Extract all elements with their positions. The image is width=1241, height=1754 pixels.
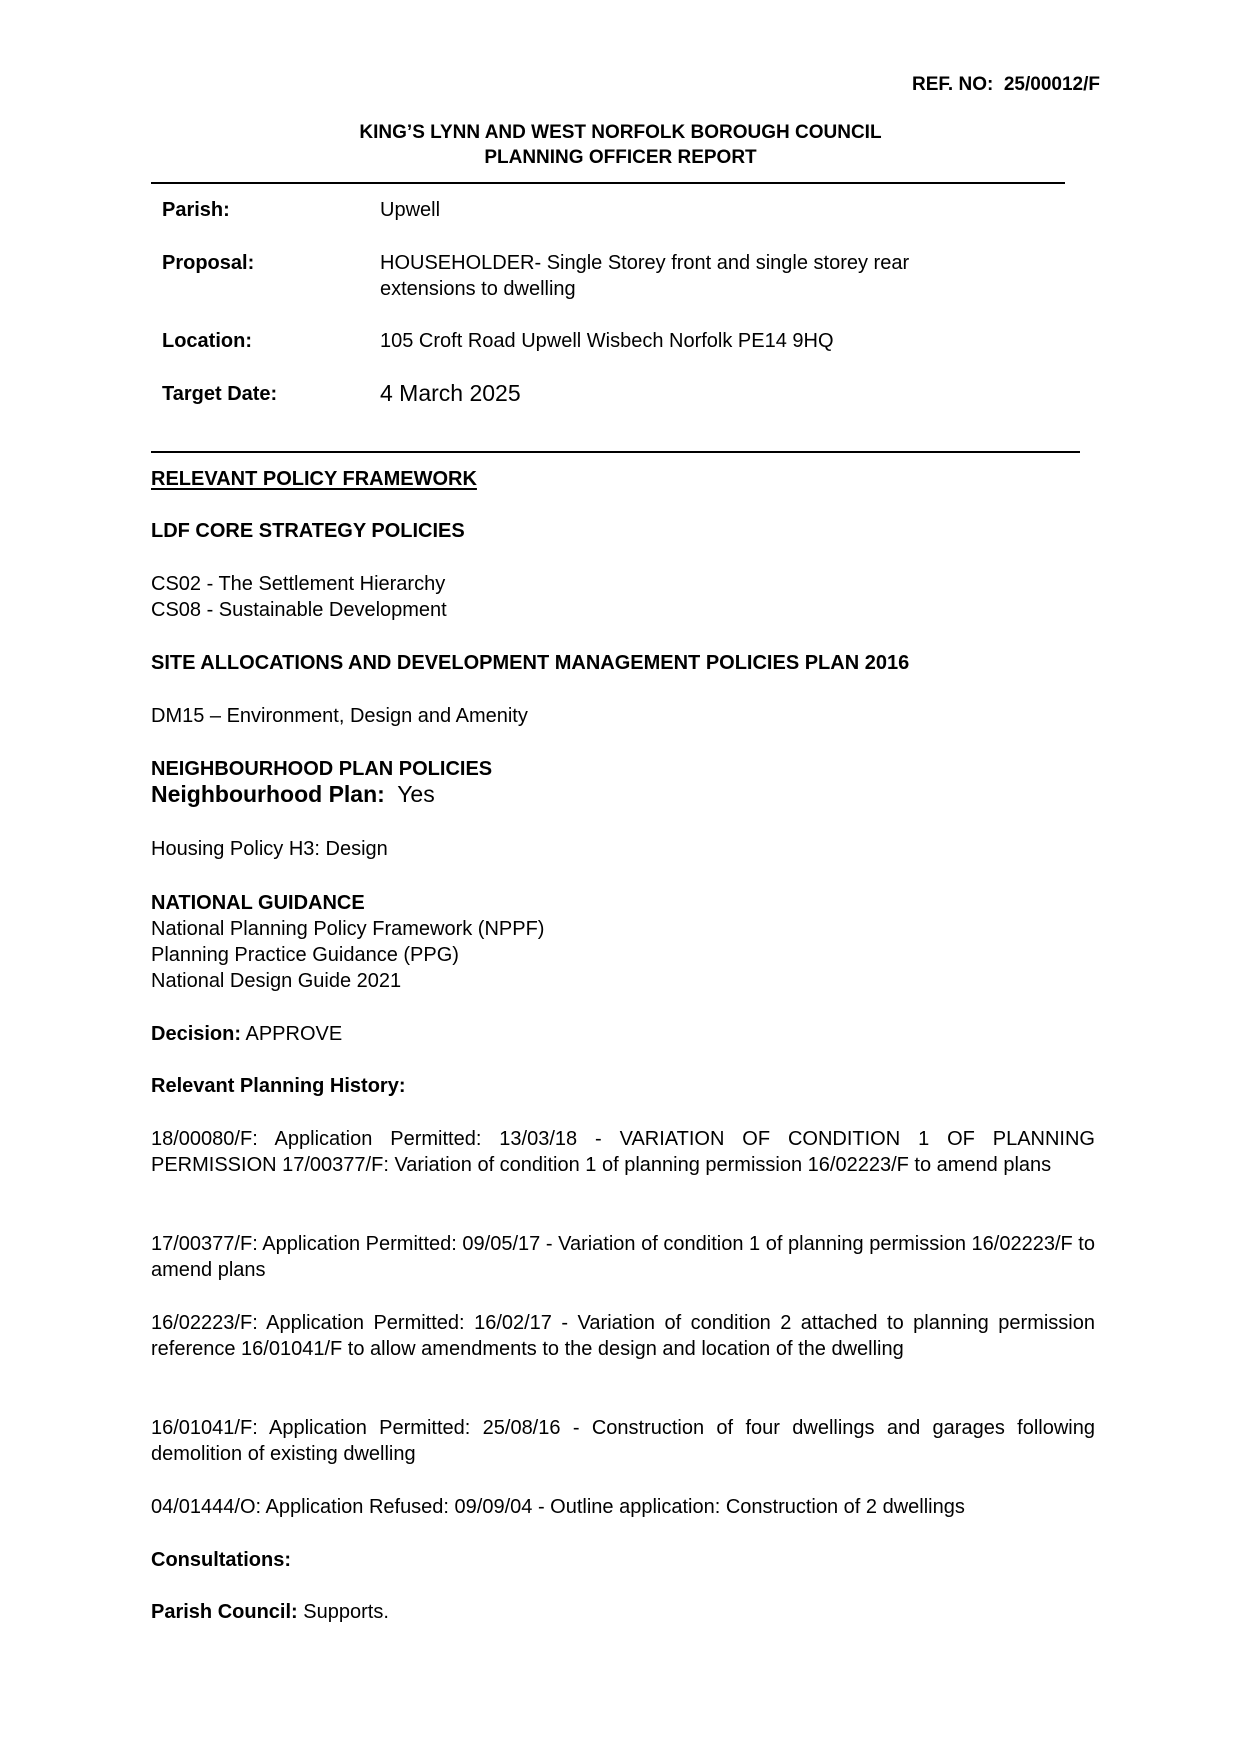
history-item: 16/01041/F: Application Permitted: 25/08…: [151, 1415, 1095, 1467]
report-header: KING’S LYNN AND WEST NORFOLK BOROUGH COU…: [0, 120, 1241, 170]
site-allocations-heading: SITE ALLOCATIONS AND DEVELOPMENT MANAGEM…: [151, 650, 1095, 676]
field-label: Proposal:: [162, 250, 372, 276]
history-item: 18/00080/F: Application Permitted: 13/03…: [151, 1126, 1095, 1178]
policy-framework-heading: RELEVANT POLICY FRAMEWORK: [151, 466, 1095, 492]
ref-label: REF. NO:: [912, 74, 993, 95]
policy-item: National Design Guide 2021: [151, 968, 1095, 994]
ref-value: 25/00012/F: [1004, 74, 1100, 95]
ldf-heading: LDF CORE STRATEGY POLICIES: [151, 518, 1095, 544]
field-value: Upwell: [380, 197, 440, 223]
nbhd-plan-value: Yes: [397, 781, 435, 807]
consultations-heading: Consultations:: [151, 1547, 1095, 1573]
header-divider: [151, 182, 1065, 184]
policy-item: CS02 - The Settlement Hierarchy: [151, 571, 1095, 597]
policy-item: DM15 – Environment, Design and Amenity: [151, 703, 1095, 729]
decision: Decision: APPROVE: [151, 1021, 1095, 1047]
field-value: HOUSEHOLDER- Single Storey front and sin…: [380, 250, 909, 302]
parish-council-label: Parish Council:: [151, 1601, 298, 1623]
report-title: PLANNING OFFICER REPORT: [0, 145, 1241, 170]
neighbourhood-plan-status: Neighbourhood Plan: Yes: [151, 781, 1095, 807]
nbhd-plan-label: Neighbourhood Plan:: [151, 781, 385, 807]
policy-item: Housing Policy H3: Design: [151, 836, 1095, 862]
parish-council-value: Supports.: [303, 1601, 389, 1623]
proposal-line-1: HOUSEHOLDER- Single Storey front and sin…: [380, 252, 909, 274]
history-item: 04/01444/O: Application Refused: 09/09/0…: [151, 1494, 1095, 1520]
section-divider: [151, 451, 1080, 453]
parish-council-consultation: Parish Council: Supports.: [151, 1599, 1095, 1625]
policy-item: Planning Practice Guidance (PPG): [151, 942, 1095, 968]
policy-item: CS08 - Sustainable Development: [151, 597, 1095, 623]
reference-number: REF. NO: 25/00012/F: [912, 74, 1100, 96]
neighbourhood-heading: NEIGHBOURHOOD PLAN POLICIES: [151, 756, 1095, 782]
history-item: 17/00377/F: Application Permitted: 09/05…: [151, 1231, 1095, 1283]
decision-label: Decision:: [151, 1023, 241, 1045]
history-item: 16/02223/F: Application Permitted: 16/02…: [151, 1310, 1095, 1362]
field-label: Parish:: [162, 197, 372, 223]
planning-history-heading: Relevant Planning History:: [151, 1073, 1095, 1099]
field-value: 105 Croft Road Upwell Wisbech Norfolk PE…: [380, 328, 834, 354]
proposal-line-2: extensions to dwelling: [380, 278, 576, 300]
field-label: Target Date:: [162, 381, 372, 407]
national-guidance-heading: NATIONAL GUIDANCE: [151, 890, 1095, 916]
council-name: KING’S LYNN AND WEST NORFOLK BOROUGH COU…: [0, 120, 1241, 145]
field-value: 4 March 2025: [380, 380, 521, 406]
policy-item: National Planning Policy Framework (NPPF…: [151, 916, 1095, 942]
field-label: Location:: [162, 328, 372, 354]
decision-value: APPROVE: [245, 1023, 342, 1045]
